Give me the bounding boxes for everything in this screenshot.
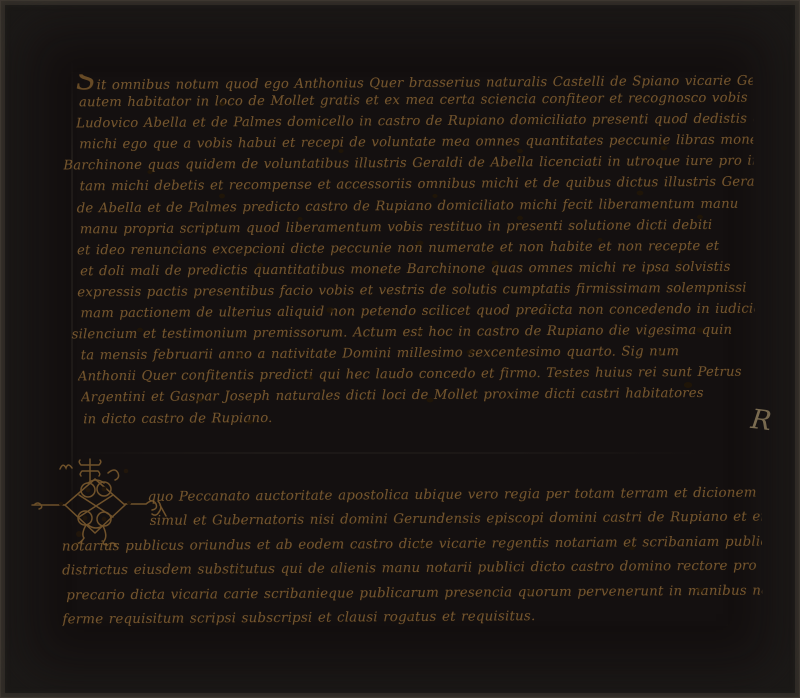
manuscript-photo: Sit omnibus notum quod ego Anthonius Que… (0, 0, 800, 698)
closing-text-block: quo Peccanato auctoritate apostolica ubi… (61, 486, 762, 637)
manuscript-line: ferme requisitum scripsi subscripsi et c… (62, 608, 762, 637)
manuscript-line: in dicto castro de Rupiano. (83, 407, 755, 433)
marginal-r-flourish: R (749, 404, 773, 437)
parchment-sheet: Sit omnibus notum quod ego Anthonius Que… (0, 0, 800, 698)
main-text-block: Sit omnibus notum quod ego Anthonius Que… (63, 70, 755, 433)
